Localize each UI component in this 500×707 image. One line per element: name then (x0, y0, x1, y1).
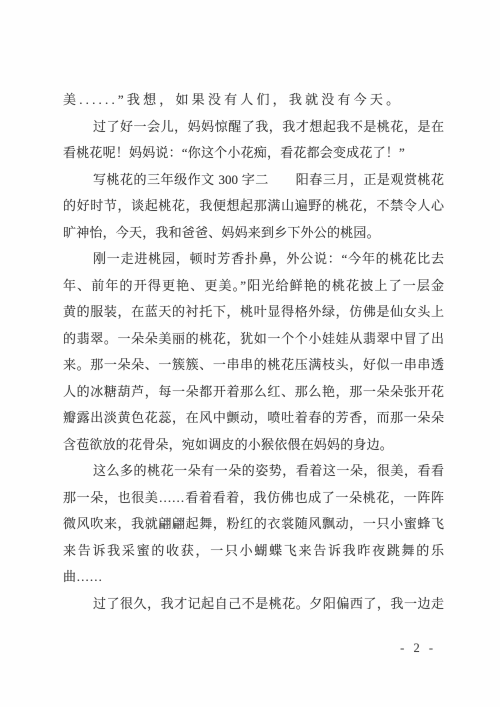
text-line: 的好时节，谈起桃花，我便想起那满山遍野的桃花，不禁令人心 (63, 193, 444, 220)
essay-text-block: 美......”我想，如果没有人们，我就没有今天。 过了好一会儿，妈妈惊醒了我，… (63, 87, 444, 617)
text-line: 过了很久，我才记起自己不是桃花。夕阳偏西了，我一边走 (63, 591, 444, 618)
text-line: 那一朵，也很美……看着看着，我仿佛也成了一朵桃花，一阵阵 (63, 485, 444, 512)
text-line: 来告诉我采蜜的收获，一只小蝴蝶飞来告诉我昨夜跳舞的乐 (63, 538, 444, 565)
text-line: 曲…… (63, 564, 444, 591)
text-line: 含苞欲放的花骨朵，宛如调皮的小猴依偎在妈妈的身边。 (63, 432, 444, 459)
page-number: - 2 - (400, 641, 436, 656)
text-line: 美......”我想，如果没有人们，我就没有今天。 (63, 87, 444, 114)
text-line: 年、前年的开得更艳、更美。”阳光给鲜艳的桃花披上了一层金 (63, 273, 444, 300)
text-line: 刚一走进桃园，顿时芳香扑鼻，外公说：“今年的桃花比去 (63, 246, 444, 273)
text-line: 写桃花的三年级作文 300 字二 阳春三月，正是观赏桃花 (63, 167, 444, 194)
text-line: 过了好一会儿，妈妈惊醒了我，我才想起我不是桃花，是在 (63, 114, 444, 141)
text-line: 这么多的桃花一朵有一朵的姿势，看着这一朵，很美，看看 (63, 458, 444, 485)
text-line: 旷神怡，今天，我和爸爸、妈妈来到乡下外公的桃园。 (63, 220, 444, 247)
text-line: 来。那一朵朵、一簇簇、一串串的桃花压满枝头，好似一串串透 (63, 352, 444, 379)
text-line: 微风吹来，我就翩翩起舞，粉红的衣裳随风飘动，一只小蜜蜂飞 (63, 511, 444, 538)
text-line: 黄的服装，在蓝天的衬托下，桃叶显得格外绿，仿佛是仙女头上 (63, 299, 444, 326)
text-line: 看桃花呢！妈妈说：“你这个小花痴，看花都会变成花了！” (63, 140, 444, 167)
text-line: 的翡翠。一朵朵美丽的桃花，犹如一个个小娃娃从翡翠中冒了出 (63, 326, 444, 353)
text-line: 人的冰糖葫芦，每一朵都开着那么红、那么艳，那一朵朵张开花 (63, 379, 444, 406)
document-page: 美......”我想，如果没有人们，我就没有今天。 过了好一会儿，妈妈惊醒了我，… (0, 0, 500, 707)
text-line: 瓣露出淡黄色花蕊，在风中颤动，喷吐着春的芳香，而那一朵朵 (63, 405, 444, 432)
